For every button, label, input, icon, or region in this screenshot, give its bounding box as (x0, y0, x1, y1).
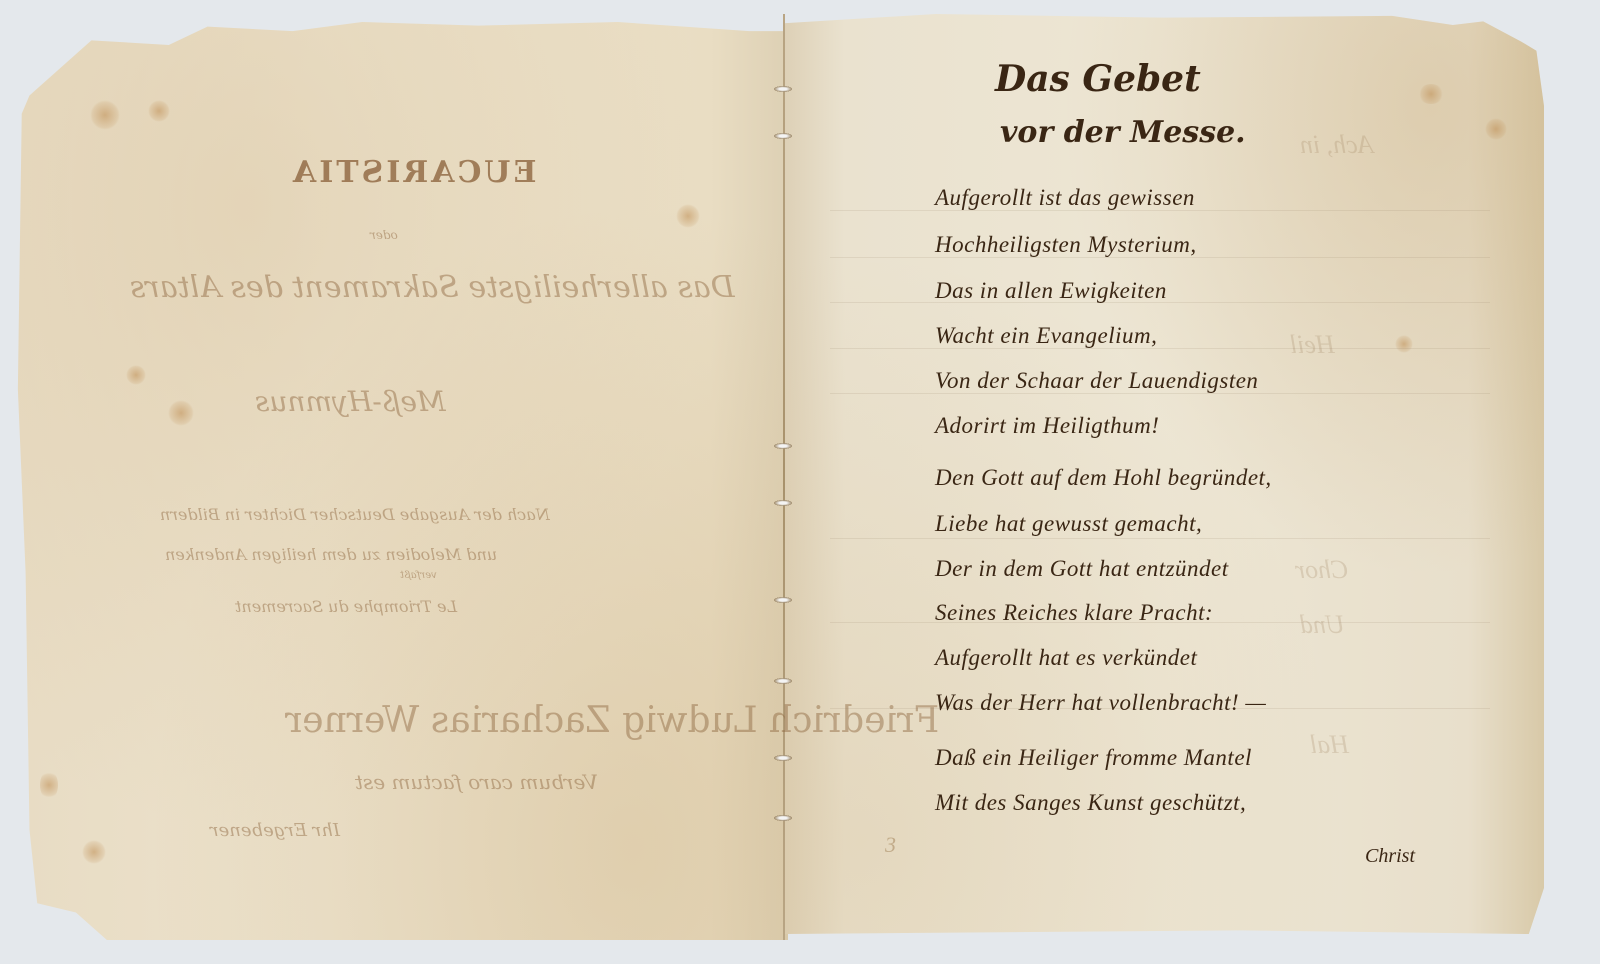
stitch-hole (774, 86, 792, 92)
ghost-right-text: Ach, in (1300, 130, 1374, 160)
ruled-line (830, 538, 1490, 539)
stain (1395, 335, 1413, 353)
stain (82, 840, 106, 864)
verse-line: Aufgerollt hat es verkündet (935, 645, 1197, 671)
ghost-desc-line-1: Nach der Ausgabe Deutscher Dichter in Bi… (160, 505, 550, 524)
ghost-hymn-label: Meß-Hymnus (255, 385, 446, 418)
stitch-hole (774, 443, 792, 449)
ghost-right-text: Und (1300, 610, 1345, 640)
stain (90, 100, 120, 130)
ghost-right-text: Heil (1290, 330, 1335, 360)
stain (168, 400, 194, 426)
verse-line: Von der Schaar der Lauendigsten (935, 368, 1258, 394)
stain (126, 365, 146, 385)
verse-line: Das in allen Ewigkeiten (935, 278, 1167, 304)
stitch-hole (774, 678, 792, 684)
stitch-hole (774, 815, 792, 821)
stitch-hole (774, 133, 792, 139)
verse-line: Mit des Sanges Kunst geschützt, (935, 790, 1246, 816)
verse-line: Den Gott auf dem Hohl begründet, (935, 465, 1272, 491)
ghost-right-text: Hal (1310, 730, 1349, 760)
verse-line: Hochheiligsten Mysterium, (935, 232, 1197, 258)
ghost-subtitle: Das allerheiligste Sakrament des Altars (130, 270, 735, 305)
manuscript-title: Das Gebet (995, 58, 1201, 100)
ghost-signature: Ihr Ergebener (210, 820, 340, 841)
stitch-hole (774, 500, 792, 506)
ghost-motto: Verbum caro factum est (355, 770, 598, 794)
ghost-right-text: Chor (1295, 555, 1348, 585)
catchword: Christ (1365, 845, 1415, 868)
ghost-desc-line-3: verfaßt (400, 570, 437, 581)
page-number: 3 (885, 832, 896, 858)
stain (1418, 84, 1444, 104)
verse-line: Liebe hat gewusst gemacht, (935, 511, 1202, 537)
verse-line: Seines Reiches klare Pracht: (935, 600, 1213, 626)
stain (148, 100, 170, 122)
stitch-hole (774, 597, 792, 603)
verse-line: Daß ein Heiliger fromme Mantel (935, 745, 1252, 771)
ghost-author: Friedrich Ludwig Zacharias Werner (285, 700, 939, 741)
verse-line: Der in dem Gott hat entzündet (935, 556, 1229, 582)
verse-line: Wacht ein Evangelium, (935, 323, 1157, 349)
manuscript-spread: EUCARISTIA oder Das allerheiligste Sakra… (0, 0, 1600, 964)
ghost-desc-line-2: und Melodien zu dem heiligen Andenken (165, 545, 497, 564)
verse-line: Was der Herr hat vollenbracht! — (935, 690, 1266, 716)
ghost-connector: oder (370, 228, 398, 242)
stain (1485, 118, 1507, 140)
stitch-hole (774, 755, 792, 761)
verse-line: Aufgerollt ist das gewissen (935, 185, 1195, 211)
verse-line: Adorirt im Heiligthum! (935, 413, 1159, 439)
ghost-sacrament-line: Le Triomphe du Sacrement (235, 597, 457, 616)
manuscript-subtitle: vor der Messe. (1000, 115, 1246, 150)
binding-fold (783, 14, 785, 940)
ghost-title: EUCARISTIA (290, 155, 536, 190)
stain (676, 204, 700, 228)
stain (40, 770, 58, 800)
ruled-line (830, 348, 1490, 349)
